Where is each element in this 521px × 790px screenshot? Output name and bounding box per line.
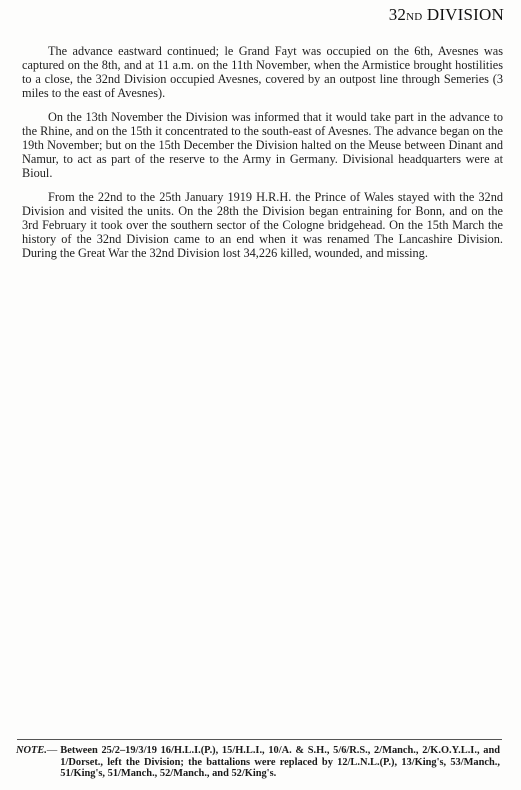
running-head: 32ND DIVISION <box>389 5 504 25</box>
footnote: NOTE. — Between 25/2–19/3/19 16/H.L.I.(P… <box>16 745 500 780</box>
document-page: 32ND DIVISION The advance eastward conti… <box>0 0 521 790</box>
footnote-label: NOTE. <box>16 745 47 780</box>
paragraph-advance-to-rhine: On the 13th November the Division was in… <box>22 110 503 180</box>
running-head-title: DIVISION <box>422 5 504 24</box>
footnote-dash: — <box>47 745 57 780</box>
paragraph-advance-eastward: The advance eastward continued; le Grand… <box>22 44 503 100</box>
footnote-text: Between 25/2–19/3/19 16/H.L.I.(P.), 15/H… <box>60 745 500 780</box>
body-text: The advance eastward continued; le Grand… <box>22 44 503 270</box>
footnote-rule <box>17 739 502 740</box>
paragraph-prince-of-wales-visit: From the 22nd to the 25th January 1919 H… <box>22 190 503 260</box>
running-head-suffix: ND <box>406 11 422 23</box>
running-head-number: 32 <box>389 5 406 24</box>
